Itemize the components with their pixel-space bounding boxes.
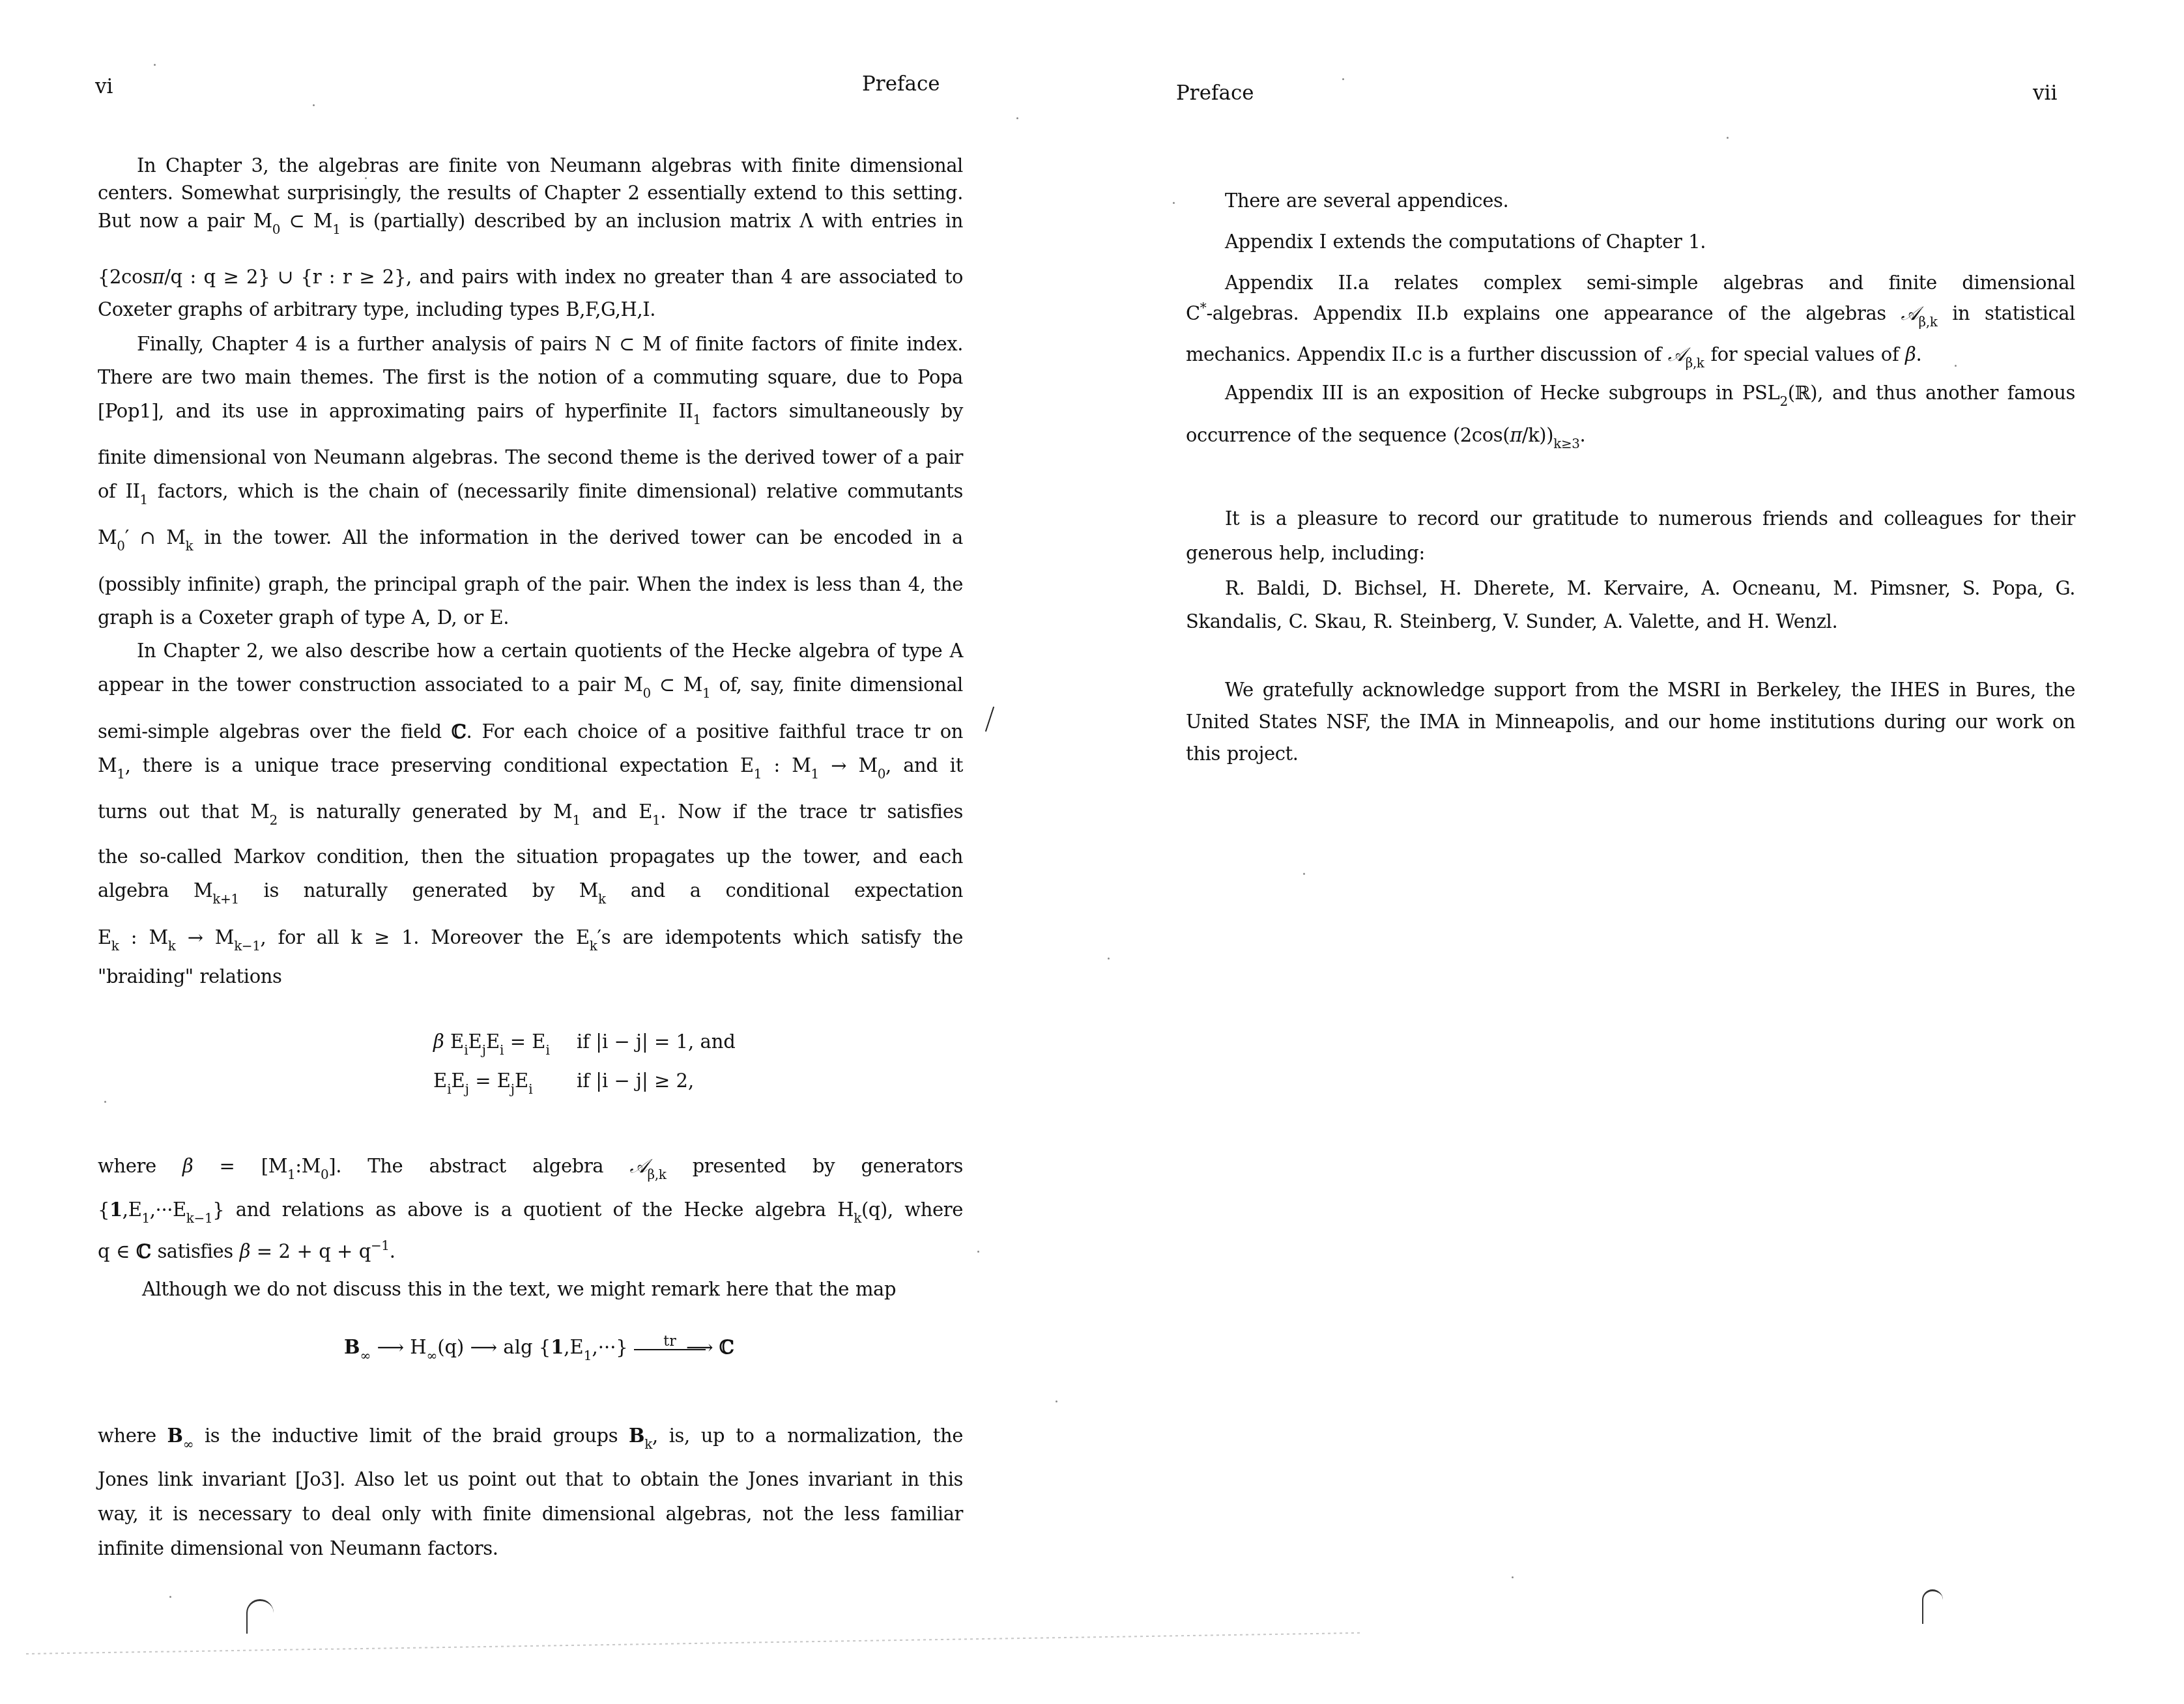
text-line: In Chapter 2, we also describe how a cer…	[137, 642, 963, 662]
running-head-right: Preface	[1176, 83, 1254, 104]
text-line: Skandalis, C. Skau, R. Steinberg, V. Sun…	[1186, 612, 1837, 631]
text-line: M0′ ∩ Mk in the tower. All the informati…	[98, 528, 963, 549]
running-head-left: Preface	[862, 74, 940, 94]
text-line: But now a pair M0 ⊂ M1 is (partially) de…	[98, 212, 963, 233]
text-line: Appendix II.a relates complex semi-simpl…	[1225, 274, 2075, 294]
text-line: Jones link invariant [Jo3]. Also let us …	[98, 1470, 963, 1491]
scan-speck	[154, 64, 156, 66]
text-line: algebra Mk+1 is naturally generated by M…	[98, 881, 963, 902]
bottom-pencil-mark	[1922, 1589, 1943, 1624]
braiding-relation-2: EiEj = EjEi	[433, 1072, 533, 1090]
text-line: [Pop1], and its use in approximating pai…	[98, 402, 963, 423]
text-line: infinite dimensional von Neumann factors…	[98, 1539, 498, 1558]
text-line: appear in the tower construction associa…	[98, 675, 963, 696]
page-vi: vi Preface In Chapter 3, the algebras ar…	[0, 0, 1092, 1704]
braiding-condition-2: if |i − j| ≥ 2,	[577, 1072, 694, 1090]
scan-speck	[313, 104, 315, 106]
text-line: There are two main themes. The first is …	[98, 368, 963, 389]
scan-speck	[1173, 202, 1175, 204]
text-line: {1,E1,···Ek−1} and relations as above is…	[98, 1200, 963, 1221]
bottom-pencil-mark	[246, 1599, 274, 1634]
text-line: Ek : Mk → Mk−1, for all k ≥ 1. Moreover …	[98, 928, 963, 949]
text-line: generous help, including:	[1186, 544, 1425, 563]
text-line: Appendix III is an exposition of Hecke s…	[1225, 384, 2075, 405]
braiding-condition-1: if |i − j| = 1, and	[577, 1032, 736, 1051]
arrow-label: tr	[634, 1335, 706, 1350]
scan-speck	[365, 177, 367, 179]
text-line: R. Baldi, D. Bichsel, H. Dherete, M. Ker…	[1225, 579, 2075, 600]
text-line: M1, there is a unique trace preserving c…	[98, 756, 963, 777]
text-line: Although we do not discuss this in the t…	[142, 1280, 896, 1299]
braid-group-map-equation: B∞ ⟶ H∞(q) ⟶ alg {1,E1,···} tr⟶ ℂ	[344, 1338, 734, 1365]
text-line: graph is a Coxeter graph of type A, D, o…	[98, 608, 509, 627]
text-line: United States NSF, the IMA in Minneapoli…	[1186, 713, 2075, 733]
book-spread: vi Preface In Chapter 3, the algebras ar…	[0, 0, 2184, 1704]
scan-speck	[169, 1596, 171, 1598]
text-line: {2cosπ/q : q ≥ 2} ∪ {r : r ≥ 2}, and pai…	[98, 268, 963, 289]
text-line: There are several appendices.	[1225, 192, 1508, 210]
text-line: mechanics. Appendix II.c is a further di…	[1186, 345, 1921, 364]
text-line: this project.	[1186, 745, 1299, 763]
text-line: It is a pleasure to record our gratitude…	[1225, 509, 2075, 530]
scan-speck	[104, 1101, 106, 1103]
scan-speck	[1342, 78, 1344, 80]
text-line: semi-simple algebras over the field ℂ. F…	[98, 722, 963, 743]
scan-speck	[1108, 958, 1110, 959]
text-line: centers. Somewhat surprisingly, the resu…	[98, 184, 963, 205]
text-line: We gratefully acknowledge support from t…	[1225, 681, 2075, 702]
text-line: where β = [M1:M0]. The abstract algebra …	[98, 1157, 963, 1178]
braiding-relation-1: β EiEjEi = Ei	[433, 1032, 550, 1051]
scan-speck	[1512, 1576, 1514, 1578]
scan-speck	[1056, 1400, 1057, 1402]
text-line: finite dimensional von Neumann algebras.…	[98, 448, 963, 469]
text-line: (possibly infinite) graph, the principal…	[98, 575, 963, 596]
folio-left: vi	[95, 77, 113, 97]
scan-speck	[1303, 873, 1305, 875]
text-line: way, it is necessary to deal only with f…	[98, 1505, 963, 1526]
text-line: Coxeter graphs of arbitrary type, includ…	[98, 300, 655, 319]
text-line: "braiding" relations	[98, 967, 282, 986]
text-line: Finally, Chapter 4 is a further analysis…	[137, 335, 963, 356]
text-line: turns out that M2 is naturally generated…	[98, 802, 963, 823]
text-line: q ∈ ℂ satisfies β = 2 + q + q−1.	[98, 1242, 395, 1261]
text-line: C*-algebras. Appendix II.b explains one …	[1186, 304, 2075, 325]
scan-speck	[1016, 117, 1018, 119]
page-vii: Preface vii	[1092, 0, 2184, 1704]
margin-pencil-mark	[985, 707, 994, 732]
folio-right: vii	[2033, 83, 2057, 104]
text-line: where B∞ is the inductive limit of the b…	[98, 1427, 963, 1447]
scan-speck	[456, 1036, 458, 1038]
text-line: In Chapter 3, the algebras are finite vo…	[137, 156, 963, 177]
scan-speck	[1727, 137, 1729, 139]
scan-speck	[1955, 365, 1957, 367]
text-line: the so-called Markov condition, then the…	[98, 847, 963, 868]
text-line: of II1 factors, which is the chain of (n…	[98, 482, 963, 503]
text-line: occurrence of the sequence (2cos(π/k))k≥…	[1186, 426, 1585, 445]
scan-speck	[977, 1251, 979, 1253]
text-line: Appendix I extends the computations of C…	[1225, 233, 1706, 251]
